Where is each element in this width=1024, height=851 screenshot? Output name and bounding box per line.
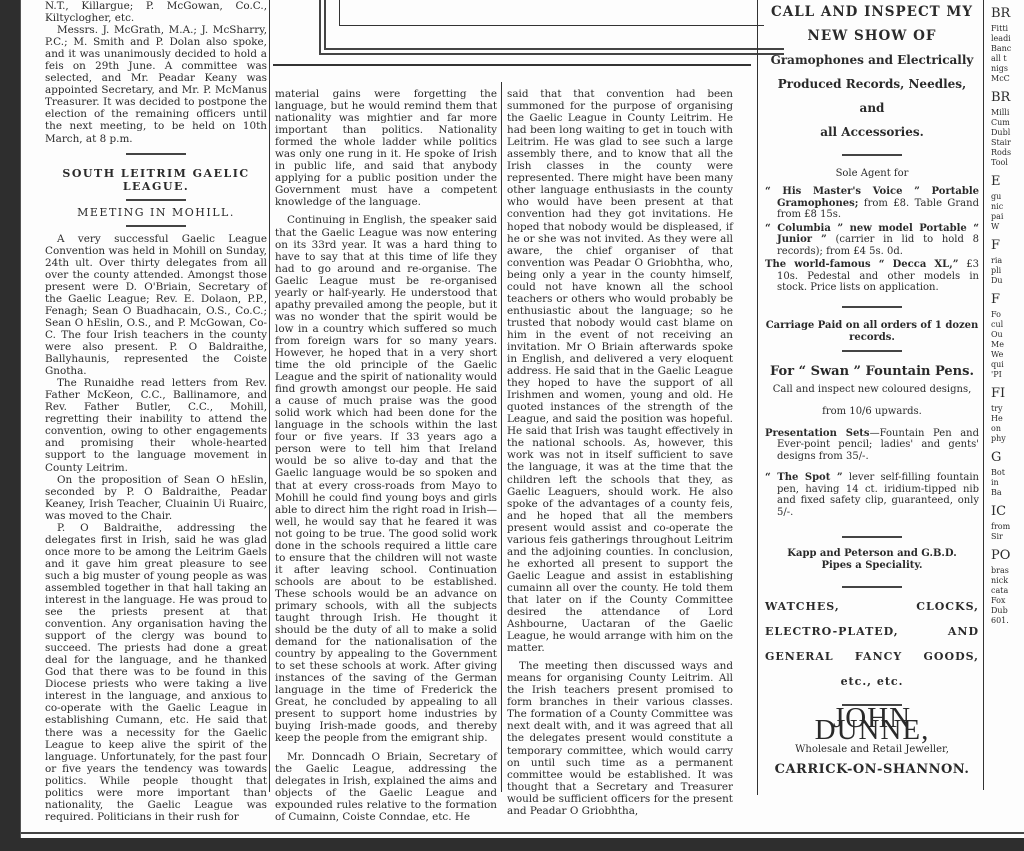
side-column-text: Bot: [991, 468, 1024, 478]
advertisement-column: CALL AND INSPECT MY NEW SHOW OF Gramopho…: [765, 0, 979, 776]
side-column-text: Rods: [991, 148, 1024, 158]
side-column-text: Tool: [991, 158, 1024, 168]
side-column-text: cul: [991, 320, 1024, 330]
divider: [126, 225, 186, 227]
side-column-text: Fitti: [991, 24, 1024, 34]
side-column-text: phy: [991, 434, 1024, 444]
divider: [126, 199, 186, 201]
side-column-heading: BR: [991, 92, 1024, 104]
watches-notice: WATCHES, CLOCKS, ELECTRO-PLATED, AND GEN…: [765, 594, 979, 694]
ad-item: “ Columbia ” new model Portable “ Junior…: [765, 223, 979, 258]
side-column-text: Dubl: [991, 128, 1024, 138]
shop-town: CARRICK-ON-SHANNON.: [765, 764, 979, 776]
divider: [842, 536, 902, 538]
side-column-heading: PO: [991, 550, 1024, 562]
article-paragraph: A very successful Gaelic League Conventi…: [45, 233, 267, 378]
side-column-text: Fo: [991, 310, 1024, 320]
page-bottom-edge: [21, 832, 1024, 834]
side-column-text: Fox: [991, 596, 1024, 606]
side-column-text: McC: [991, 74, 1024, 84]
article-paragraph: The meeting then discussed ways and mean…: [507, 660, 733, 817]
ad-item-title: The world-famous “ Decca XL,”: [765, 259, 958, 270]
article-column-3: said that that convention had been summo…: [507, 88, 733, 817]
swan-pens-line: from 10/6 upwards.: [765, 406, 979, 418]
side-column-text: Milli: [991, 108, 1024, 118]
side-column-text: on: [991, 424, 1024, 434]
column-rule: [983, 0, 984, 790]
side-column-text: bras: [991, 566, 1024, 576]
article-headline: SOUTH LEITRIM GAELIC LEAGUE.: [45, 167, 267, 193]
side-column-heading: F: [991, 240, 1024, 252]
column-rule: [501, 82, 502, 792]
side-column-text: 'PI: [991, 370, 1024, 380]
side-column-text: W: [991, 222, 1024, 232]
side-column-text: cata: [991, 586, 1024, 596]
side-column-text: Dub: [991, 606, 1024, 616]
ad-item: The world-famous “ Decca XL,” £3 10s. Pe…: [765, 259, 979, 294]
side-column-text: Banc: [991, 44, 1024, 54]
side-column-text: try: [991, 404, 1024, 414]
newspaper-page: N.T., Killargue; P. McGowan, Co.C., Kilt…: [20, 0, 1024, 838]
ad-headline: NEW SHOW OF: [765, 24, 979, 48]
side-column-heading: E: [991, 176, 1024, 188]
cropped-side-column: BRFittileadiBancall tnigsMcCBRMilliCumDu…: [991, 0, 1024, 626]
side-column-heading: G: [991, 452, 1024, 464]
side-column-text: Ou: [991, 330, 1024, 340]
article-paragraph: On the proposition of Sean O hEslin, sec…: [45, 474, 267, 522]
side-column-text: He: [991, 414, 1024, 424]
ad-subheadline: Gramophones and Electrically: [765, 48, 979, 72]
side-column-text: qui: [991, 360, 1024, 370]
pipes-notice: Kapp and Peterson and G.B.D. Pipes a Spe…: [773, 548, 971, 572]
side-column-text: pai: [991, 212, 1024, 222]
decorative-inner-frame: [339, 0, 764, 26]
divider: [842, 306, 902, 308]
side-column-text: in: [991, 478, 1024, 488]
article-paragraph: P. O Baldraithe, addressing the delegate…: [45, 522, 267, 823]
side-column-text: 601.: [991, 616, 1024, 626]
ad-headline: CALL AND INSPECT MY: [765, 0, 979, 24]
sole-agent-label: Sole Agent for: [765, 168, 979, 180]
side-column-text: Stair: [991, 138, 1024, 148]
intro-line: N.T., Killargue; P. McGowan, Co.C., Kilt…: [45, 0, 267, 24]
article-subheadline: MEETING IN MOHILL.: [45, 207, 267, 219]
the-spot-pen: “ The Spot ” lever self-filling fountain…: [765, 472, 979, 518]
presentation-sets-title: Presentation Sets: [765, 428, 870, 439]
ad-subheadline: all Accessories.: [765, 120, 979, 144]
side-column-heading: BR: [991, 8, 1024, 20]
divider: [842, 350, 902, 352]
presentation-sets: Presentation Sets—Fountain Pen and Ever-…: [765, 428, 979, 463]
side-column-text: gu: [991, 192, 1024, 202]
carriage-notice: Carriage Paid on all orders of 1 dozen r…: [765, 320, 979, 344]
side-column-text: nick: [991, 576, 1024, 586]
article-paragraph: Continuing in English, the speaker said …: [275, 214, 497, 744]
shop-trade: Wholesale and Retail Jeweller,: [765, 744, 979, 756]
divider: [126, 153, 186, 155]
side-column-text: Ba: [991, 488, 1024, 498]
side-column-heading: F: [991, 294, 1024, 306]
side-column-text: from: [991, 522, 1024, 532]
side-column-text: Cum: [991, 118, 1024, 128]
shop-owner-name: JOHN DUNNE,: [765, 712, 979, 736]
column-rule: [757, 0, 758, 795]
swan-pens-line: Call and inspect new coloured designs,: [765, 384, 979, 396]
side-column-text: nic: [991, 202, 1024, 212]
side-column-heading: IC: [991, 506, 1024, 518]
article-paragraph: Mr. Donncadh O Briain, Secretary of the …: [275, 751, 497, 823]
ad-subheadline: Produced Records, Needles, and: [765, 72, 979, 120]
horizontal-rule: [273, 64, 751, 66]
article-paragraph: material gains were forgetting the langu…: [275, 88, 497, 208]
side-column-text: nigs: [991, 64, 1024, 74]
side-column-text: all t: [991, 54, 1024, 64]
side-column-text: Sir: [991, 532, 1024, 542]
side-column-text: Du: [991, 276, 1024, 286]
ad-item: “ His Master's Voice ” Portable Gramopho…: [765, 186, 979, 221]
article-column-2: material gains were forgetting the langu…: [275, 88, 497, 823]
side-column-text: ria: [991, 256, 1024, 266]
side-column-heading: FI: [991, 388, 1024, 400]
side-column-text: pli: [991, 266, 1024, 276]
divider: [842, 154, 902, 156]
the-spot-title: “ The Spot ”: [765, 472, 843, 483]
swan-pens-title: For “ Swan ” Fountain Pens.: [765, 366, 979, 378]
article-paragraph: The Runaidhe read letters from Rev. Fath…: [45, 377, 267, 473]
side-column-text: We: [991, 350, 1024, 360]
article-paragraph: said that that convention had been summo…: [507, 88, 733, 654]
divider: [842, 586, 902, 588]
intro-paragraph: Messrs. J. McGrath, M.A.; J. McSharry, P…: [45, 24, 267, 144]
article-column-1: N.T., Killargue; P. McGowan, Co.C., Kilt…: [45, 0, 267, 823]
side-column-text: Me: [991, 340, 1024, 350]
column-rule: [269, 0, 270, 792]
side-column-text: leadi: [991, 34, 1024, 44]
